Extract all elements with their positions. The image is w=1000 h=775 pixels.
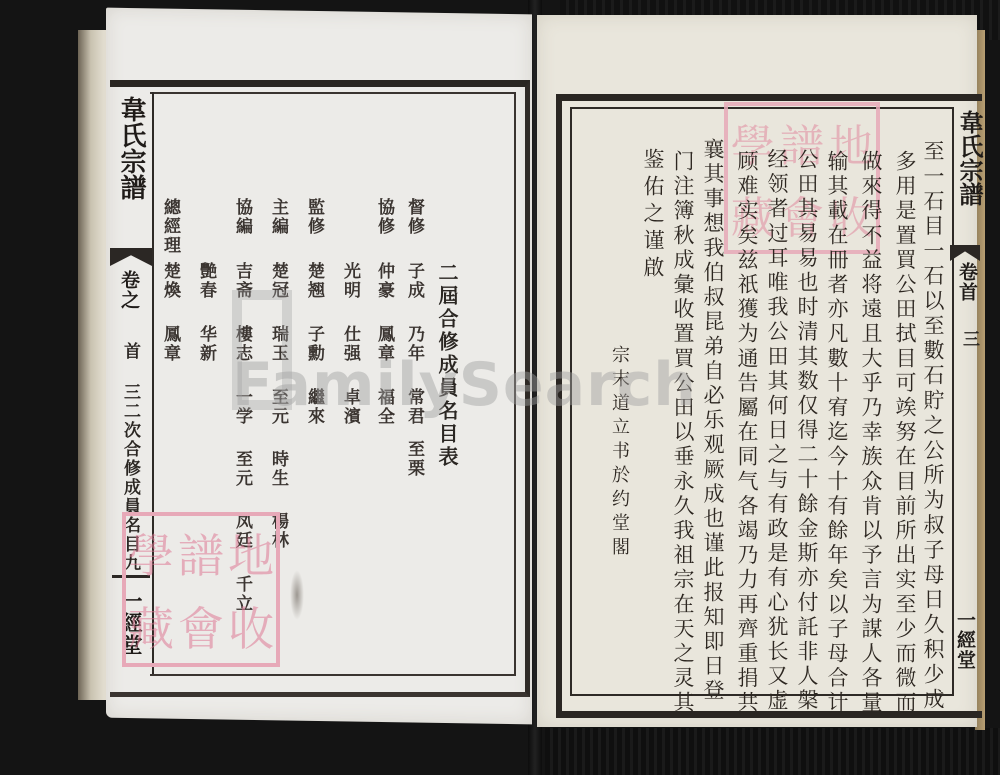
manuscript-column: 顾难实矣兹祇獲为通告屬在同气各竭乃力再齊重捐共 — [736, 150, 757, 716]
right-banxin-page-number: 三 — [957, 330, 982, 349]
role-label-du-xiu: 督修 — [402, 198, 427, 236]
manuscript-column: 襄其事想我伯叔昆弟自必乐观厥成也谨此报知即日登 — [702, 138, 723, 704]
roster-name: 华新 — [194, 325, 219, 363]
role-label-xie-bian: 協編 — [230, 198, 255, 236]
roster-name: 時生 — [266, 450, 291, 488]
right-banxin-volume: 卷首 — [954, 262, 981, 302]
roster-name: 仲豪 — [372, 262, 397, 300]
left-banxin-volume: 卷之 — [116, 270, 143, 310]
roster-name: 楚翘 — [302, 262, 327, 300]
manuscript-column: 输其載在冊者亦凡數十宥迄今十有餘年矣以子母合计 — [826, 150, 847, 716]
role-label-jian-xiu: 監修 — [302, 198, 327, 236]
seal-glyph: 藏 — [128, 593, 174, 659]
role-label-zhu-bian: 主編 — [266, 198, 291, 236]
manuscript-column: 经领者过耳唯我公田其何日之与有政是有心犹长又虚 — [766, 148, 787, 714]
manuscript-column: 多用是置買公田拭目可竢努在目前所出实至少而微而 — [894, 150, 915, 716]
manuscript-column: 做來得不益将遠且大乎乃幸族众肯以予言为謀人各量 — [860, 150, 881, 716]
roster-name: 光明 — [338, 262, 363, 300]
roster-name: 至元 — [230, 450, 255, 488]
familysearch-watermark: FamilySearch — [232, 350, 697, 420]
seal-glyph: 地 — [228, 520, 274, 586]
seal-glyph: 會 — [178, 593, 224, 659]
collection-seal-left: 地 收 譜 會 學 藏 — [122, 512, 280, 667]
background-page-stack-bottom — [545, 728, 1000, 775]
role-label-zong-jing-li: 總經理 — [158, 198, 183, 255]
manuscript-column: 公田其易易也时清其数仅得二十餘金斯亦付託非人槃 — [796, 148, 817, 714]
right-banxin-title: 韋氏宗譜 — [952, 110, 987, 206]
roster-name: 楚煥 — [158, 262, 183, 300]
seal-glyph: 收 — [228, 593, 274, 659]
ink-smudge — [290, 570, 304, 620]
roster-name: 至栗 — [402, 440, 427, 478]
roster-name: 艷春 — [194, 262, 219, 300]
roster-name: 子成 — [402, 262, 427, 300]
right-banxin-hall: 一經堂 — [952, 610, 979, 670]
seal-glyph: 譜 — [178, 520, 224, 586]
left-banxin-title: 韋氏宗譜 — [113, 96, 150, 200]
roster-name: 鳳章 — [158, 325, 183, 363]
role-label-xie-xiu: 協修 — [372, 198, 397, 236]
manuscript-column: 门注簿秋成彙收置買公田以垂永久我祖宗在天之灵其 — [672, 150, 693, 716]
manuscript-column: 至一石目一石以至數石貯之公所为叔子母日久积少成 — [922, 140, 943, 713]
manuscript-column-closing: 鉴佑之谨啟 — [642, 148, 663, 283]
seal-glyph: 學 — [128, 520, 174, 586]
